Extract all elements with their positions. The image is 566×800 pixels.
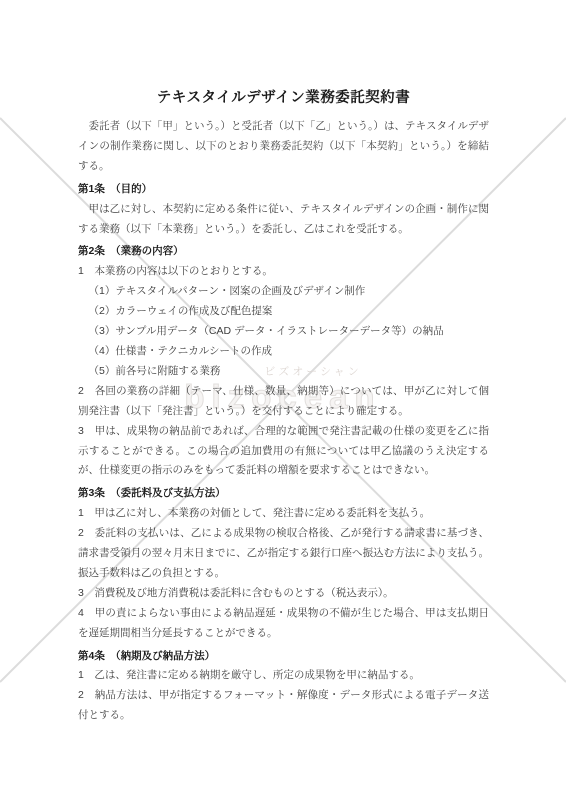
article: 第3条 （委託料及び支払方法） 1 甲は乙に対し、本業務の対価として、発注書に定… bbox=[78, 484, 489, 643]
articles-container: 第1条 （目的） 甲は乙に対し、本契約に定める条件に従い、テキスタイルデザインの… bbox=[78, 180, 489, 726]
article-heading: 第3条 （委託料及び支払方法） bbox=[78, 484, 489, 504]
clause-paragraph: 3 消費税及び地方消費税は委託料に含むものとする（税込表示）。 bbox=[78, 584, 489, 604]
clause-paragraph: （1）テキスタイルパターン・図案の企画及びデザイン制作 bbox=[78, 282, 489, 302]
clause-paragraph: 1 甲は乙に対し、本業務の対価として、発注書に定める委託料を支払う。 bbox=[78, 504, 489, 524]
article: 第4条 （納期及び納品方法） 1 乙は、発注書に定める納期を厳守し、所定の成果物… bbox=[78, 647, 489, 727]
contract-document: テキスタイルデザイン業務委託契約書 委託者（以下「甲」という。）と受託者（以下「… bbox=[0, 0, 566, 726]
article-heading: 第1条 （目的） bbox=[78, 180, 489, 200]
clause-paragraph: （4）仕様書・テクニカルシートの作成 bbox=[78, 342, 489, 362]
clause-paragraph: （3）サンプル用データ（CAD データ・イラストレーターデータ等）の納品 bbox=[78, 322, 489, 342]
intro-paragraph: 委託者（以下「甲」という。）と受託者（以下「乙」という。）は、テキスタイルデザイ… bbox=[78, 117, 489, 177]
document-title: テキスタイルデザイン業務委託契約書 bbox=[78, 87, 489, 109]
clause-paragraph: 3 甲は、成果物の納品前であれば、合理的な範囲で発注書記載の仕様の変更を乙に指示… bbox=[78, 422, 489, 482]
clause-paragraph: 2 委託料の支払いは、乙による成果物の検収合格後、乙が発行する請求書に基づき、請… bbox=[78, 524, 489, 584]
article-heading: 第4条 （納期及び納品方法） bbox=[78, 647, 489, 667]
article: 第1条 （目的） 甲は乙に対し、本契約に定める条件に従い、テキスタイルデザインの… bbox=[78, 180, 489, 240]
clause-paragraph: 1 本業務の内容は以下のとおりとする。 bbox=[78, 262, 489, 282]
article: 第2条 （業務の内容） 1 本業務の内容は以下のとおりとする。（1）テキスタイル… bbox=[78, 242, 489, 481]
page: ビズオーシャン bizocean テキスタイルデザイン業務委託契約書 委託者（以… bbox=[0, 0, 566, 800]
clause-paragraph: 1 乙は、発注書に定める納期を厳守し、所定の成果物を甲に納品する。 bbox=[78, 666, 489, 686]
clause-paragraph: 2 納品方法は、甲が指定するフォーマット・解像度・データ形式による電子データ送付… bbox=[78, 686, 489, 726]
clause-paragraph: 甲は乙に対し、本契約に定める条件に従い、テキスタイルデザインの企画・制作に関する… bbox=[78, 200, 489, 240]
clause-paragraph: （2）カラーウェイの作成及び配色提案 bbox=[78, 302, 489, 322]
article-heading: 第2条 （業務の内容） bbox=[78, 242, 489, 262]
clause-paragraph: （5）前各号に附随する業務 bbox=[78, 362, 489, 382]
clause-paragraph: 4 甲の責によらない事由による納品遅延・成果物の不備が生じた場合、甲は支払期日を… bbox=[78, 604, 489, 644]
clause-paragraph: 2 各回の業務の詳細（テーマ、仕様、数量、納期等）については、甲が乙に対して個別… bbox=[78, 382, 489, 422]
